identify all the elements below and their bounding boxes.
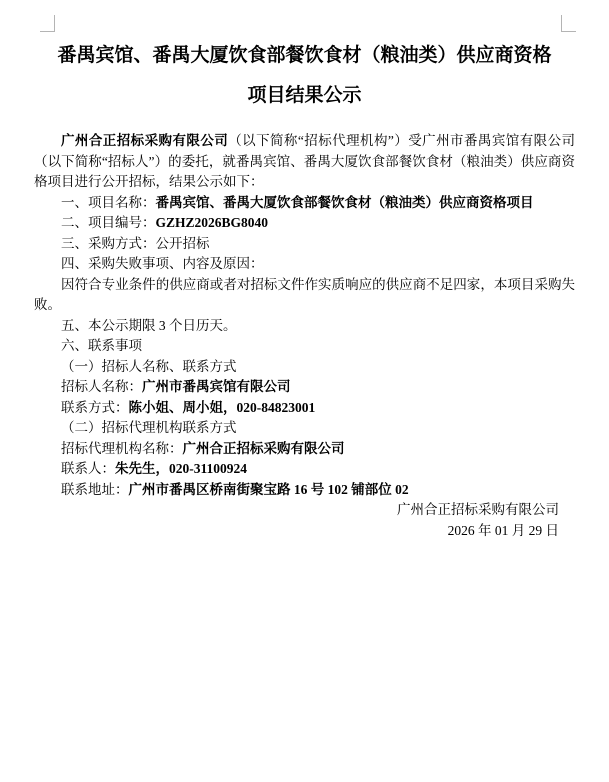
- item-contact-matters: 六、联系事项: [34, 336, 575, 357]
- tenderer-name-line: 招标人名称：广州市番禺宾馆有限公司: [34, 377, 575, 398]
- intro-paragraph: 广州合正招标采购有限公司（以下简称“招标代理机构”）受广州市番禺宾馆有限公司（以…: [34, 131, 575, 193]
- margin-crop-mark-top-right: [561, 15, 576, 32]
- item-project-name: 一、项目名称：番禺宾馆、番禺大厦饮食部餐饮食材（粮油类）供应商资格项目: [34, 193, 575, 214]
- agency-name-line: 招标代理机构名称：广州合正招标采购有限公司: [34, 439, 575, 460]
- tenderer-name-value: 广州市番禺宾馆有限公司: [142, 379, 291, 394]
- contact-section2-heading: （二）招标代理机构联系方式: [34, 418, 575, 439]
- tenderer-contact-label: 联系方式：: [61, 400, 129, 415]
- document-title-line2: 项目结果公示: [34, 76, 575, 116]
- failure-reason-paragraph: 因符合专业条件的供应商或者对招标文件作实质响应的供应商不足四家，本项目采购失败。: [34, 275, 575, 316]
- item-publicity-period: 五、本公示期限 3 个日历天。: [34, 316, 575, 337]
- document-body: 广州合正招标采购有限公司（以下简称“招标代理机构”）受广州市番禺宾馆有限公司（以…: [34, 131, 575, 541]
- item-project-number-label: 二、项目编号：: [61, 215, 156, 230]
- document-title: 番禺宾馆、番禺大厦饮食部餐饮食材（粮油类）供应商资格 项目结果公示: [34, 36, 575, 116]
- signature-company: 广州合正招标采购有限公司: [34, 500, 575, 521]
- document-page: 番禺宾馆、番禺大厦饮食部餐饮食材（粮油类）供应商资格 项目结果公示 广州合正招标…: [0, 0, 609, 782]
- agency-contact-value: 朱先生，020-31100924: [115, 461, 247, 476]
- agency-name-label: 招标代理机构名称：: [61, 441, 183, 456]
- agency-address-value: 广州市番禺区桥南街聚宝路 16 号 102 铺部位 02: [129, 482, 409, 497]
- agency-address-label: 联系地址：: [61, 482, 129, 497]
- agency-contact-label: 联系人：: [61, 461, 115, 476]
- agency-contact-line: 联系人：朱先生，020-31100924: [34, 459, 575, 480]
- tenderer-contact-value: 陈小姐、周小姐，020-84823001: [129, 400, 316, 415]
- item-project-name-label: 一、项目名称：: [61, 195, 156, 210]
- item-procurement-method: 三、采购方式：公开招标: [34, 234, 575, 255]
- document-title-line1: 番禺宾馆、番禺大厦饮食部餐饮食材（粮油类）供应商资格: [34, 36, 575, 76]
- agency-address-line: 联系地址：广州市番禺区桥南街聚宝路 16 号 102 铺部位 02: [34, 480, 575, 501]
- agency-name-value: 广州合正招标采购有限公司: [183, 441, 345, 456]
- tenderer-name-label: 招标人名称：: [61, 379, 142, 394]
- item-failure-heading: 四、采购失败事项、内容及原因：: [34, 254, 575, 275]
- signature-date: 2026 年 01 月 29 日: [34, 521, 575, 542]
- item-project-name-value: 番禺宾馆、番禺大厦饮食部餐饮食材（粮油类）供应商资格项目: [156, 195, 534, 210]
- item-project-number: 二、项目编号：GZHZ2026BG8040: [34, 213, 575, 234]
- margin-crop-mark-top-left: [40, 15, 55, 32]
- tenderer-contact-line: 联系方式：陈小姐、周小姐，020-84823001: [34, 398, 575, 419]
- item-project-number-value: GZHZ2026BG8040: [156, 215, 269, 230]
- intro-agency-name: 广州合正招标采购有限公司: [61, 133, 228, 148]
- contact-section1-heading: （一）招标人名称、联系方式: [34, 357, 575, 378]
